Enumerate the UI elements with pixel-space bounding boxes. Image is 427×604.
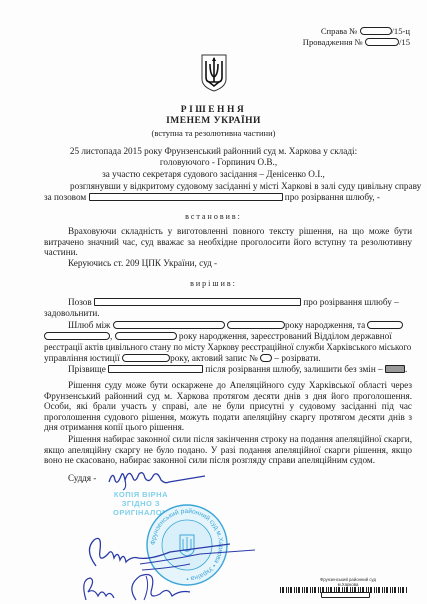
surname-line: Прізвище після розірвання шлюбу, залишит… [68,364,407,375]
judge-label: Суддя - [68,473,96,483]
case-number: Справа № /15-ц [321,26,410,37]
dissolve-text: – розірвати. [274,353,320,363]
document-subtitle: ІМЕНЕМ УКРАЇНИ [0,116,427,126]
redacted-registration-date [122,354,170,362]
document-title: РІШЕННЯ [0,105,427,115]
intro-presiding-judge: головуючого - Горпинич О.В., [5,157,427,168]
record-number-label: року, актовий запис № [170,353,258,363]
court-decision-page: Справа № /15-ц Провадження № /15 РІШЕННЯ… [0,0,427,604]
decision-claim-line: Позов про розірвання шлюбу – [68,297,399,308]
redacted-surname-kept [385,365,405,373]
intro-claim-prefix: за позовом [44,192,86,202]
intro-secretary: за участю секретаря судового засідання –… [0,169,427,180]
copy-stamp-line-1: КОПІЯ ВІРНА [113,490,169,499]
marriage-birth-text-2: року народження, зареєстрований Відділом… [179,331,392,341]
proceeding-number-label: Провадження № [303,37,363,47]
marriage-prefix: Шлюб між [68,320,110,330]
section-heading-established: встановив: [0,212,427,221]
marriage-line-1: Шлюб між року народження, та [68,320,403,331]
redacted-birth-year-1 [227,321,285,329]
redacted-case-number [360,27,392,35]
marriage-line-4: управління юстиції року, актовий запис №… [44,353,321,364]
redacted-parties [89,193,283,201]
case-number-suffix: /15-ц [392,26,410,36]
redacted-record-number [260,354,272,362]
redacted-spouse-2-start [367,321,403,329]
redacted-spouse-2 [44,332,110,340]
intro-date-court: 25 листопада 2015 року Фрунзенський райо… [0,146,427,157]
established-paragraph: Враховуючи складність у виготовленні пов… [44,226,412,258]
surname-suffix: після розірвання шлюбу, залишити без змі… [205,364,382,374]
document-parts-note: (вступна та резолютивна частини) [0,128,427,138]
redacted-barcode-number [321,592,370,598]
marriage-line-2: , року народження, зареєстрований Відділ… [44,331,392,342]
ukraine-trident-coat-of-arms-icon [199,53,229,93]
redacted-proceeding-number [365,38,399,46]
proceeding-number-suffix: /15 [399,37,410,47]
marriage-birth-text-1: року народження, та [285,320,365,330]
section-heading-decided: вирішив: [0,279,427,288]
intro-hearing: розглянувши у відкритому судовому засіда… [70,181,421,192]
claim-prefix: Позов [68,297,92,307]
claim-suffix: про розірвання шлюбу – [303,297,398,307]
surname-prefix: Прізвище [68,364,106,374]
claim-granted: задовольнити. [44,308,100,319]
registry-office: управління юстиції [44,353,120,363]
effect-paragraph: Рішення набирає законної сили після закі… [44,434,412,466]
redacted-spouse-1 [113,321,225,329]
intro-claim-line: за позовом про розірвання шлюбу, - [44,192,380,203]
proceeding-number: Провадження № /15 [303,37,410,48]
case-number-label: Справа № [321,26,358,36]
marriage-registration: реєстрації актів цивільного стану по міс… [44,342,411,353]
intro-claim-suffix: про розірвання шлюбу, - [285,192,380,202]
judge-signature [105,462,210,492]
clerk-signatures [80,530,270,604]
legal-basis: Керуючись ст. 209 ЦПК України, суд - [68,258,217,269]
redacted-claimant [94,298,301,306]
redacted-surname [108,365,203,373]
appeal-paragraph: Рішення суду може бути оскаржене до Апел… [44,380,412,433]
redacted-birth-year-2 [115,332,177,340]
